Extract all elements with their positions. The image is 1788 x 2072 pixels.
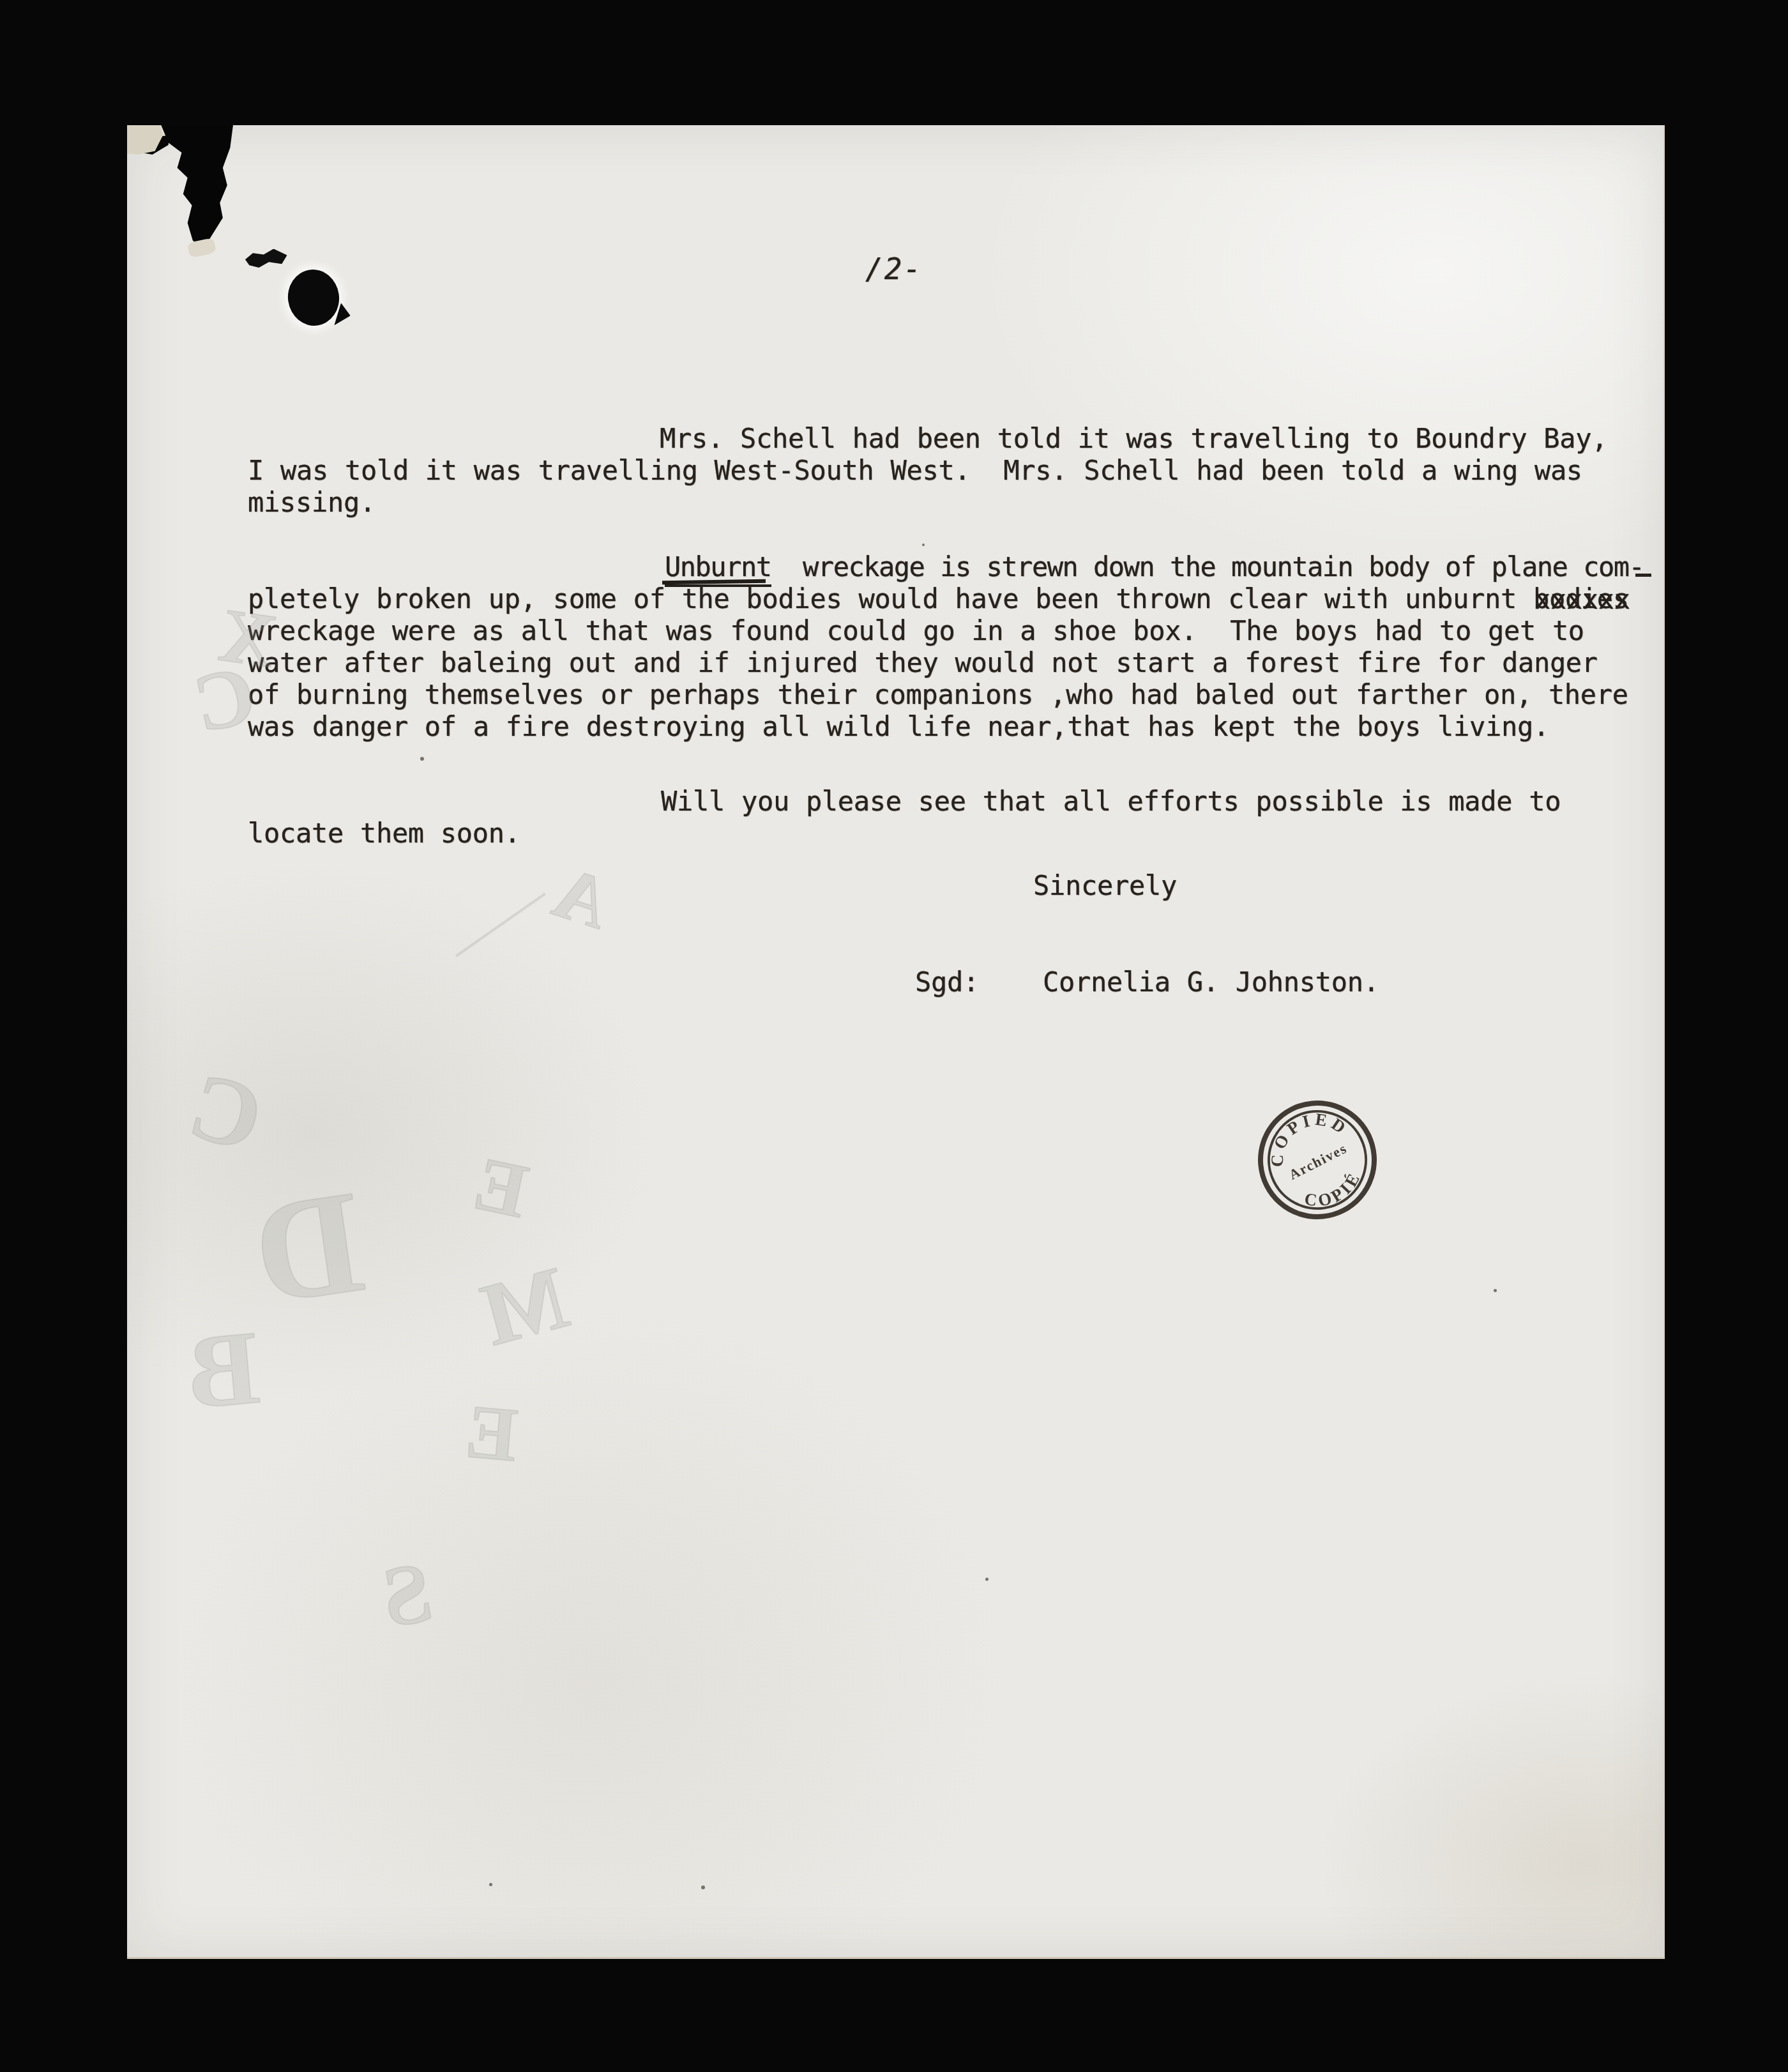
sgd-label: Sgd: (915, 966, 979, 998)
scan-background: /2- Mrs. Schell had been told it was tra… (0, 0, 1788, 2072)
overtyped-word: bodiesxxxxxx (1533, 583, 1629, 614)
paragraph-2-line-5: of burning themselves or perhaps their c… (248, 679, 1628, 710)
paragraph-1-line-1: Mrs. Schell had been told it was travell… (660, 423, 1607, 454)
bleedthrough-letter: M (470, 1246, 578, 1367)
double-hyphen-mark (1635, 574, 1651, 577)
hole-punch (284, 266, 342, 329)
paragraph-1-line-3: missing. (248, 487, 375, 518)
torn-corner-gap (160, 125, 233, 250)
paper-speck (420, 757, 424, 761)
paper-speck (489, 1883, 492, 1886)
page-number: /2- (865, 252, 922, 286)
tear-edge-flap (187, 238, 216, 258)
paper-speck (985, 1578, 989, 1581)
closing-salutation: Sincerely (1033, 870, 1177, 901)
bleedthrough-letter: A (544, 849, 621, 946)
paper-speck (1494, 1289, 1497, 1292)
bleedthrough-letter: D (244, 1156, 372, 1339)
stamp-text-middle: Archives (1286, 1140, 1349, 1183)
signature-name: Cornelia G. Johnston. (979, 966, 1379, 998)
paragraph-2-line-1-rest: wreckage is strewn down the mountain bod… (771, 551, 1644, 583)
paragraph-3-line-1: Will you please see that all efforts pos… (661, 786, 1561, 817)
bleedthrough-slash (455, 893, 546, 957)
signature-line: Sgd:Cornelia G. Johnston. (915, 966, 1379, 998)
paragraph-2-line-2-text: pletely broken up, some of the bodies wo… (248, 583, 1533, 614)
bleedthrough-letter: B (183, 1307, 264, 1434)
paragraph-2-line-6: was danger of a fire destroying all wild… (248, 711, 1549, 742)
letter-page: /2- Mrs. Schell had been told it was tra… (127, 125, 1665, 1959)
ink-squiggle-mark (245, 247, 289, 270)
paragraph-2-line-1: Unburnt wreckage is strewn down the moun… (665, 551, 1644, 583)
paragraph-3-line-2: locate them soon. (248, 818, 520, 849)
bleedthrough-letter: S (375, 1543, 439, 1649)
paragraph-2-line-2: pletely broken up, some of the bodies wo… (248, 583, 1629, 614)
archives-stamp: COPIED COPIÉ Archives (1232, 1074, 1404, 1246)
bleedthrough-letter: C (179, 1050, 274, 1174)
paper-speck (922, 544, 925, 546)
paragraph-2-line-3: wreckage were as all that was found coul… (248, 615, 1584, 646)
bleedthrough-letter: E (462, 1387, 521, 1479)
paper-speck (701, 1885, 705, 1889)
bleedthrough-letter: E (467, 1139, 536, 1236)
overtype-x-marks: xxxxxx (1534, 584, 1630, 615)
paragraph-1-line-2: I was told it was travelling West-South … (248, 455, 1582, 486)
paragraph-2-line-4: water after baleing out and if injured t… (248, 647, 1598, 678)
